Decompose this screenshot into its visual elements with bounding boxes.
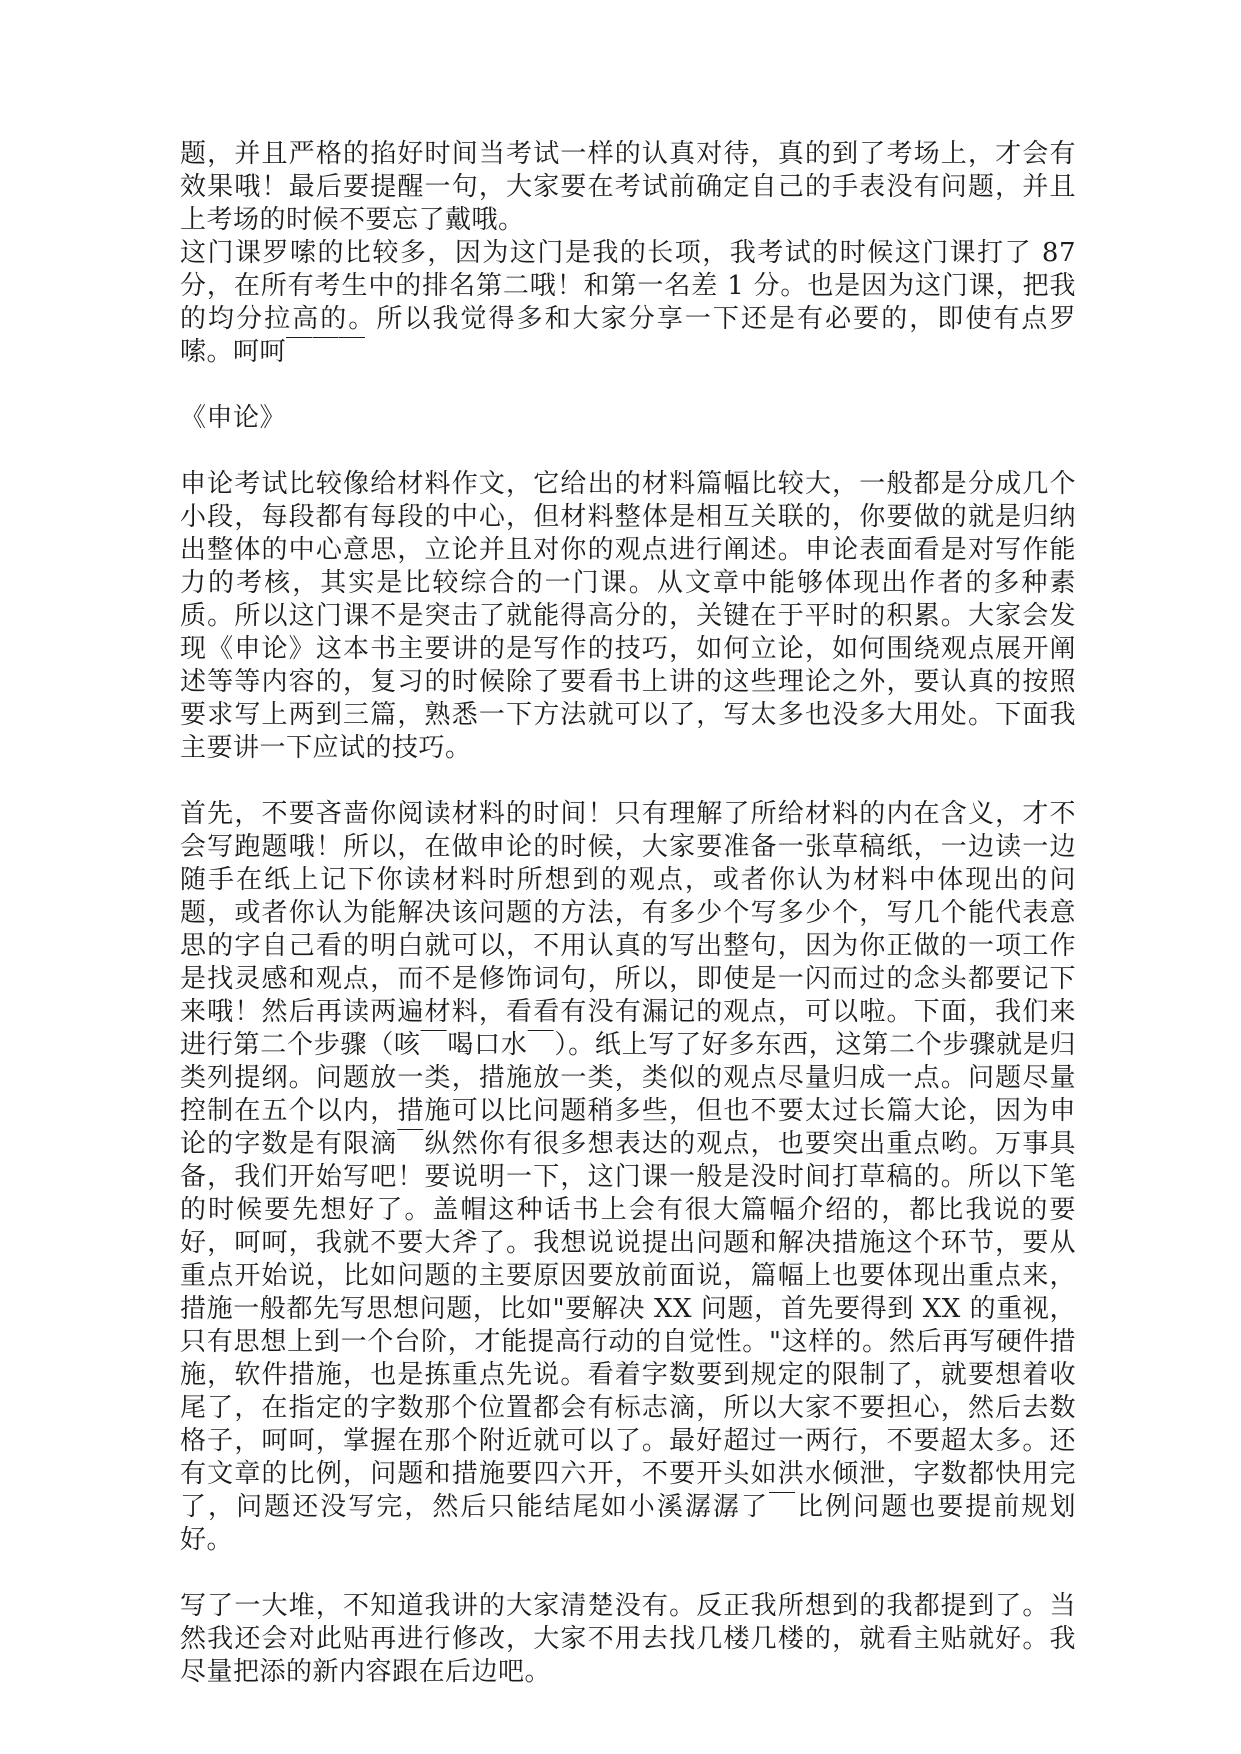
paragraph-shenlun-intro: 申论考试比较像给材料作文，它给出的材料篇幅比较大，一般都是分成几个小段，每段都有… bbox=[180, 468, 1076, 765]
paragraph-closing: 写了一大堆，不知道我讲的大家清楚没有。反正我所想到的我都提到了。当然我还会对此贴… bbox=[180, 1590, 1076, 1689]
section-heading-shenlun: 《申论》 bbox=[180, 402, 1076, 435]
text-content: 题，并且严格的掐好时间当考试一样的认真对待，真的到了考场上，才会有效果哦！最后要… bbox=[180, 138, 1076, 1689]
paragraph-continuation: 题，并且严格的掐好时间当考试一样的认真对待，真的到了考场上，才会有效果哦！最后要… bbox=[180, 138, 1076, 237]
document-page: 题，并且严格的掐好时间当考试一样的认真对待，真的到了考场上，才会有效果哦！最后要… bbox=[0, 0, 1241, 1754]
paragraph-exam-technique: 首先，不要吝啬你阅读材料的时间！只有理解了所给材料的内在含义，才不会写跑题哦！所… bbox=[180, 798, 1076, 1557]
paragraph-course-score: 这门课罗嗦的比较多，因为这门是我的长项，我考试的时候这门课打了 87 分，在所有… bbox=[180, 237, 1076, 369]
